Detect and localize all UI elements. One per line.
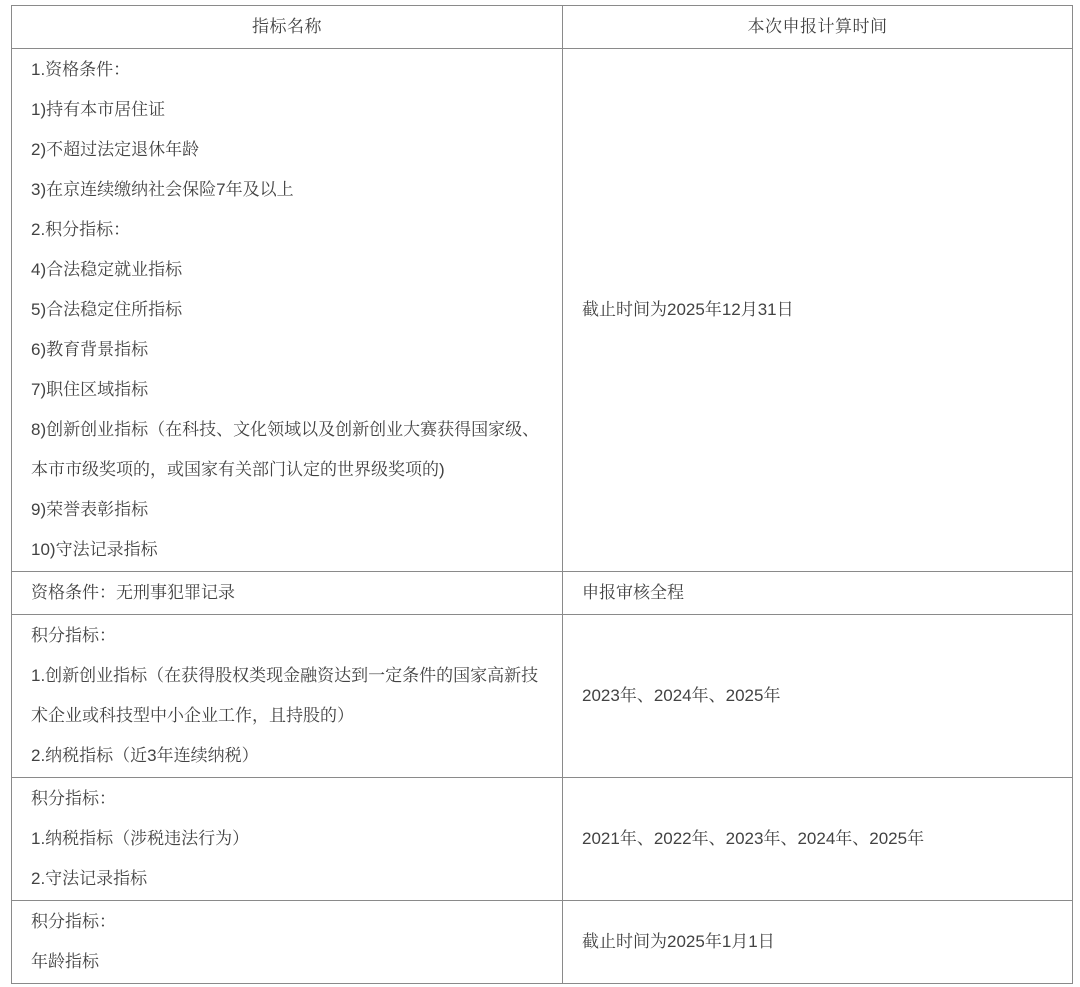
- indicator-line: 2.纳税指标（近3年连续纳税）: [31, 736, 543, 776]
- indicator-name-cell: 积分指标：年龄指标: [12, 901, 563, 984]
- page: 指标名称 本次申报计算时间 1.资格条件：1)持有本市居住证2)不超过法定退休年…: [0, 0, 1080, 984]
- indicator-name-cell: 积分指标：1.纳税指标（涉税违法行为）2.守法记录指标: [12, 778, 563, 901]
- table-row: 积分指标：1.纳税指标（涉税违法行为）2.守法记录指标2021年、2022年、2…: [12, 778, 1073, 901]
- indicator-name-cell: 积分指标：1.创新创业指标（在获得股权类现金融资达到一定条件的国家高新技术企业或…: [12, 615, 563, 778]
- indicator-line: 2.守法记录指标: [31, 859, 543, 899]
- table-body: 1.资格条件：1)持有本市居住证2)不超过法定退休年龄3)在京连续缴纳社会保险7…: [12, 49, 1073, 984]
- indicator-line: 1)持有本市居住证: [31, 90, 543, 130]
- indicator-line: 积分指标：: [31, 616, 543, 656]
- indicator-line: 6)教育背景指标: [31, 330, 543, 370]
- indicator-line: 2.积分指标：: [31, 210, 543, 250]
- indicator-line: 术企业或科技型中小企业工作，且持股的）: [31, 696, 543, 736]
- indicator-table: 指标名称 本次申报计算时间 1.资格条件：1)持有本市居住证2)不超过法定退休年…: [11, 5, 1073, 984]
- indicator-line: 8)创新创业指标（在科技、文化领域以及创新创业大赛获得国家级、: [31, 410, 543, 450]
- table-row: 1.资格条件：1)持有本市居住证2)不超过法定退休年龄3)在京连续缴纳社会保险7…: [12, 49, 1073, 572]
- indicator-line: 5)合法稳定住所指标: [31, 290, 543, 330]
- indicator-line: 资格条件：无刑事犯罪记录: [31, 573, 543, 613]
- indicator-line: 年龄指标: [31, 942, 543, 982]
- indicator-line: 积分指标：: [31, 902, 543, 942]
- table-row: 资格条件：无刑事犯罪记录申报审核全程: [12, 572, 1073, 615]
- indicator-name-cell: 1.资格条件：1)持有本市居住证2)不超过法定退休年龄3)在京连续缴纳社会保险7…: [12, 49, 563, 572]
- table-row: 积分指标：1.创新创业指标（在获得股权类现金融资达到一定条件的国家高新技术企业或…: [12, 615, 1073, 778]
- calc-time-cell: 截止时间为2025年1月1日: [563, 901, 1073, 984]
- indicator-line: 1.纳税指标（涉税违法行为）: [31, 819, 543, 859]
- indicator-line: 1.资格条件：: [31, 50, 543, 90]
- indicator-line: 1.创新创业指标（在获得股权类现金融资达到一定条件的国家高新技: [31, 656, 543, 696]
- column-header-indicator-name: 指标名称: [12, 6, 563, 49]
- calc-time-cell: 2023年、2024年、2025年: [563, 615, 1073, 778]
- indicator-line: 9)荣誉表彰指标: [31, 490, 543, 530]
- table-row: 积分指标：年龄指标截止时间为2025年1月1日: [12, 901, 1073, 984]
- indicator-line: 2)不超过法定退休年龄: [31, 130, 543, 170]
- indicator-line: 本市市级奖项的，或国家有关部门认定的世界级奖项的): [31, 450, 543, 490]
- indicator-name-cell: 资格条件：无刑事犯罪记录: [12, 572, 563, 615]
- calc-time-cell: 2021年、2022年、2023年、2024年、2025年: [563, 778, 1073, 901]
- indicator-line: 4)合法稳定就业指标: [31, 250, 543, 290]
- table-header-row: 指标名称 本次申报计算时间: [12, 6, 1073, 49]
- indicator-line: 3)在京连续缴纳社会保险7年及以上: [31, 170, 543, 210]
- indicator-line: 7)职住区域指标: [31, 370, 543, 410]
- calc-time-cell: 申报审核全程: [563, 572, 1073, 615]
- calc-time-cell: 截止时间为2025年12月31日: [563, 49, 1073, 572]
- indicator-line: 10)守法记录指标: [31, 530, 543, 570]
- column-header-calc-time: 本次申报计算时间: [563, 6, 1073, 49]
- indicator-line: 积分指标：: [31, 779, 543, 819]
